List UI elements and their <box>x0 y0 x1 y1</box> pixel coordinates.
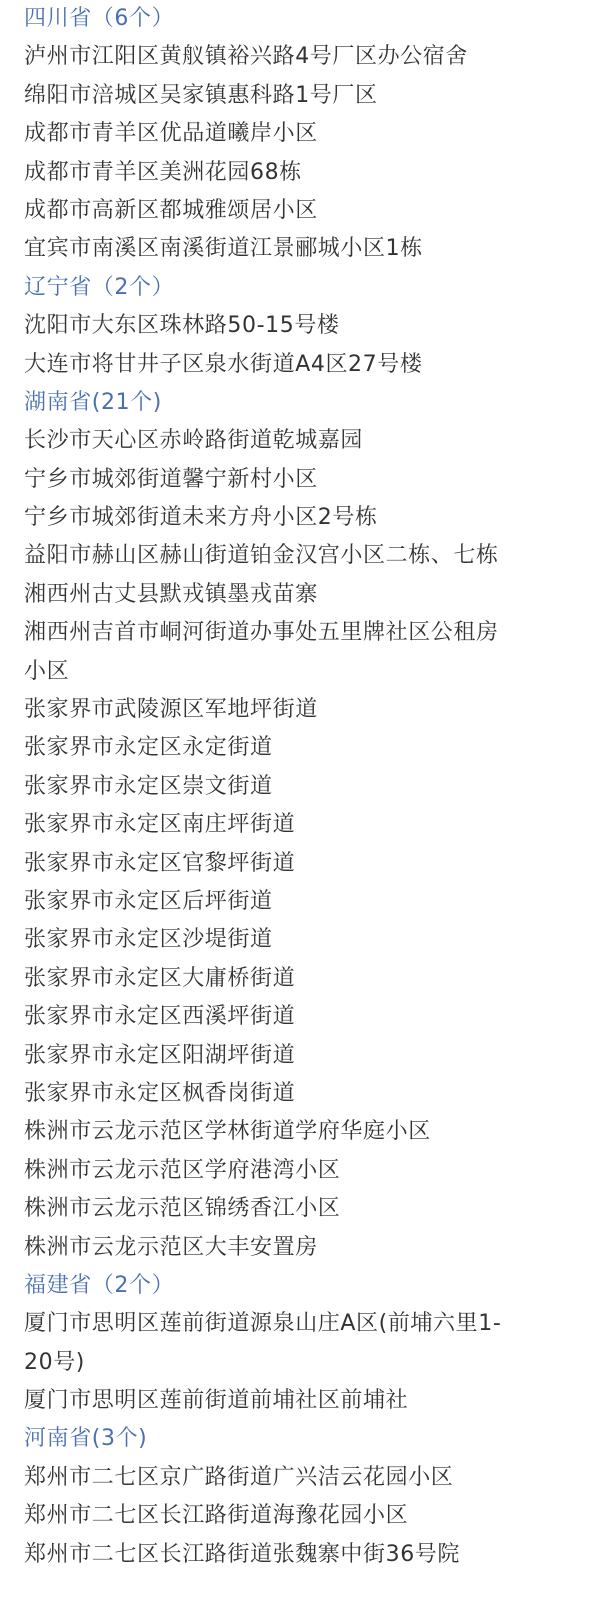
address-line: 株洲市云龙示范区大丰安置房 <box>24 1229 580 1267</box>
address-line: 张家界市武陵源区军地坪街道 <box>24 691 580 729</box>
section-henan: 河南省(3个) 郑州市二七区京广路街道广兴洁云花园小区 郑州市二七区长江路街道海… <box>24 1420 580 1574</box>
address-line: 张家界市永定区后坪街道 <box>24 883 580 921</box>
address-line: 张家界市永定区官黎坪街道 <box>24 845 580 883</box>
address-line: 大连市将甘井子区泉水街道A4区27号楼 <box>24 346 580 384</box>
address-line: 厦门市思明区莲前街道源泉山庄A区(前埔六里1- <box>24 1305 580 1343</box>
address-line: 株洲市云龙示范区学府港湾小区 <box>24 1152 580 1190</box>
province-heading: 河南省(3个) <box>24 1420 580 1458</box>
address-line: 长沙市天心区赤岭路街道乾城嘉园 <box>24 422 580 460</box>
address-line: 宁乡市城郊街道未来方舟小区2号栋 <box>24 499 580 537</box>
address-line: 株洲市云龙示范区锦绣香江小区 <box>24 1190 580 1228</box>
address-line: 泸州市江阳区黄舣镇裕兴路4号厂区办公宿舍 <box>24 38 580 76</box>
section-hunan: 湖南省(21个) 长沙市天心区赤岭路街道乾城嘉园 宁乡市城郊街道馨宁新村小区 宁… <box>24 384 580 1267</box>
province-heading: 四川省（6个） <box>24 0 580 38</box>
address-line: 成都市青羊区优品道曦岸小区 <box>24 115 580 153</box>
section-liaoning: 辽宁省（2个） 沈阳市大东区珠林路50-15号楼 大连市将甘井子区泉水街道A4区… <box>24 269 580 384</box>
address-line-continuation: 20号) <box>24 1344 580 1382</box>
address-line: 郑州市二七区长江路街道海豫花园小区 <box>24 1497 580 1535</box>
address-line: 郑州市二七区京广路街道广兴洁云花园小区 <box>24 1459 580 1497</box>
address-line-continuation: 小区 <box>24 653 580 691</box>
address-line: 宁乡市城郊街道馨宁新村小区 <box>24 461 580 499</box>
address-line: 张家界市永定区枫香岗街道 <box>24 1075 580 1113</box>
address-line: 湘西州吉首市峒河街道办事处五里牌社区公租房 <box>24 614 580 652</box>
address-line: 绵阳市涪城区吴家镇惠科路1号厂区 <box>24 77 580 115</box>
address-line: 张家界市永定区大庸桥街道 <box>24 960 580 998</box>
province-heading: 福建省（2个） <box>24 1267 580 1305</box>
address-line: 张家界市永定区南庄坪街道 <box>24 806 580 844</box>
address-document: 四川省（6个） 泸州市江阳区黄舣镇裕兴路4号厂区办公宿舍 绵阳市涪城区吴家镇惠科… <box>0 0 600 1574</box>
section-sichuan: 四川省（6个） 泸州市江阳区黄舣镇裕兴路4号厂区办公宿舍 绵阳市涪城区吴家镇惠科… <box>24 0 580 269</box>
address-line: 张家界市永定区沙堤街道 <box>24 921 580 959</box>
address-line: 益阳市赫山区赫山街道铂金汉宫小区二栋、七栋 <box>24 537 580 575</box>
address-line: 沈阳市大东区珠林路50-15号楼 <box>24 307 580 345</box>
address-line: 张家界市永定区阳湖坪街道 <box>24 1037 580 1075</box>
address-line: 郑州市二七区长江路街道张魏寨中街36号院 <box>24 1536 580 1574</box>
province-heading: 湖南省(21个) <box>24 384 580 422</box>
address-line: 成都市高新区都城雅颂居小区 <box>24 192 580 230</box>
address-line: 株洲市云龙示范区学林街道学府华庭小区 <box>24 1113 580 1151</box>
address-line: 湘西州古丈县默戎镇墨戎苗寨 <box>24 576 580 614</box>
address-line: 张家界市永定区永定街道 <box>24 729 580 767</box>
address-line: 宜宾市南溪区南溪街道江景郦城小区1栋 <box>24 230 580 268</box>
section-fujian: 福建省（2个） 厦门市思明区莲前街道源泉山庄A区(前埔六里1- 20号) 厦门市… <box>24 1267 580 1421</box>
address-line: 张家界市永定区西溪坪街道 <box>24 998 580 1036</box>
address-line: 厦门市思明区莲前街道前埔社区前埔社 <box>24 1382 580 1420</box>
address-line: 张家界市永定区崇文街道 <box>24 768 580 806</box>
province-heading: 辽宁省（2个） <box>24 269 580 307</box>
address-line: 成都市青羊区美洲花园68栋 <box>24 154 580 192</box>
